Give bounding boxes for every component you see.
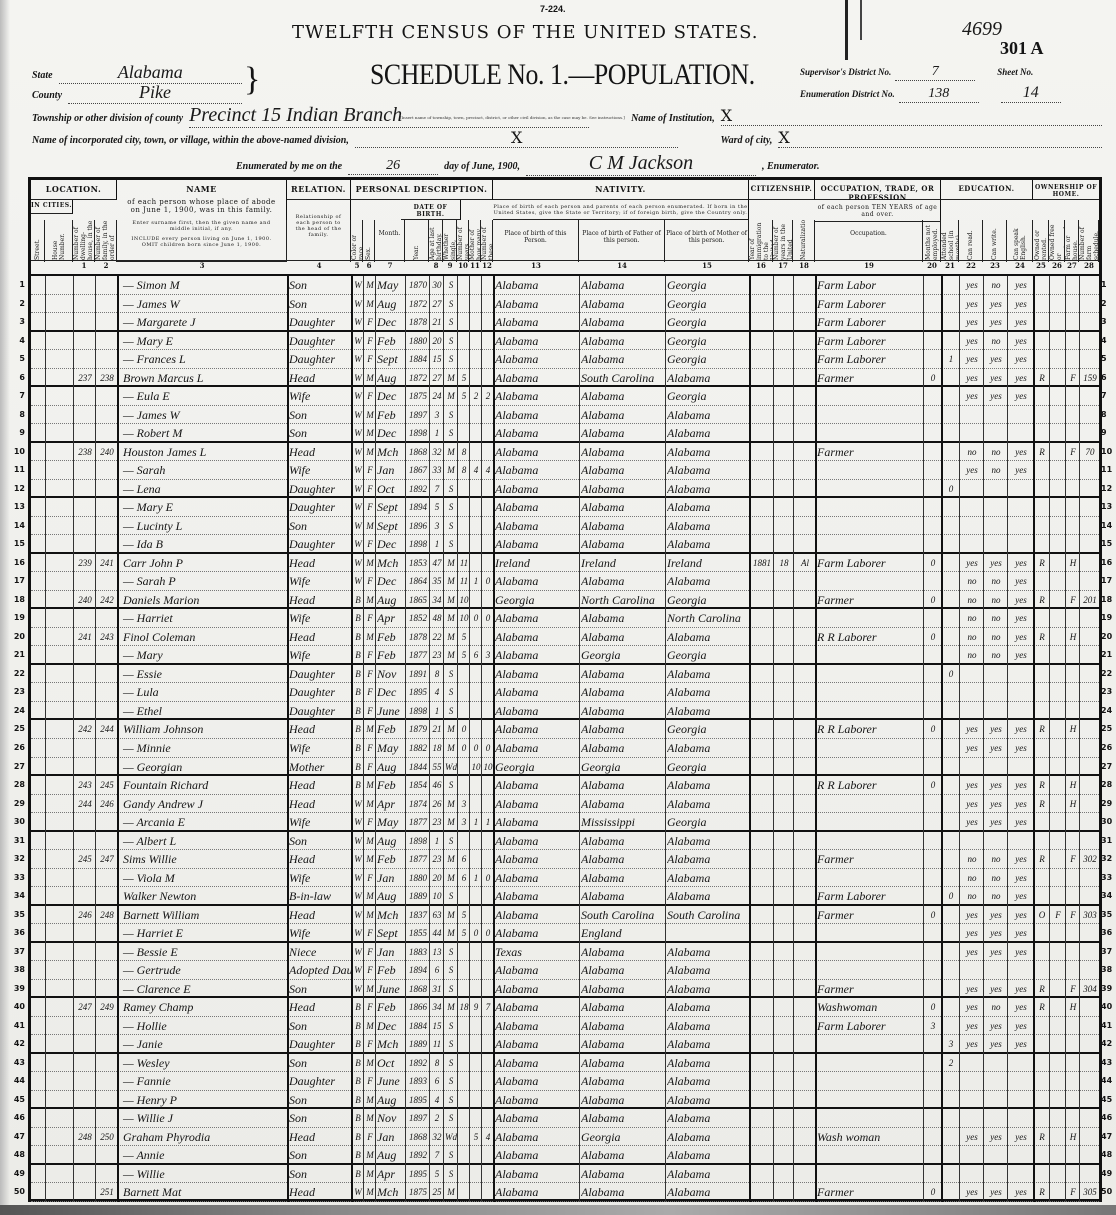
cell-age: 4: [431, 1092, 443, 1109]
line-number: 17: [9, 572, 25, 589]
cell-fb: Alabama: [581, 1166, 665, 1183]
cell-ms: M: [445, 814, 457, 831]
page-edge-shadow: [0, 1205, 1116, 1215]
cell-en: yes: [1009, 351, 1033, 368]
sheet-value: 14: [1001, 84, 1061, 103]
column-label: Number of years in the United States.: [773, 220, 793, 262]
cell-yr: 1867: [407, 462, 429, 479]
stamp-number: 4699: [962, 18, 1002, 41]
cell-rd: yes: [961, 314, 983, 331]
cell-ms: S: [445, 1110, 457, 1127]
cell-rel: Head: [289, 1184, 351, 1201]
city-field: Name of incorporated city, town, or vill…: [32, 128, 1102, 148]
cell-age: 20: [431, 870, 443, 887]
cell-race: W: [353, 462, 363, 479]
cell-yr: 1896: [407, 518, 429, 535]
grid-line: [351, 276, 353, 1202]
cell-mb: Ireland: [667, 555, 749, 572]
cell-fb: Alabama: [581, 481, 665, 498]
supervisor-label: Supervisor's District No.: [800, 67, 891, 77]
cell-ms: M: [445, 740, 457, 757]
cell-name: — Janie: [119, 1036, 287, 1053]
table-row: 1414— Lucinty LSonWMSept18963SAlabamaAla…: [31, 517, 1099, 536]
column-number: 4: [287, 260, 351, 274]
cell-en: yes: [1009, 721, 1033, 738]
cell-en: yes: [1009, 1184, 1033, 1201]
line-number: 22: [1101, 665, 1113, 682]
cell-rd: no: [961, 888, 983, 905]
cell-rd: no: [961, 870, 983, 887]
line-number: 42: [1101, 1035, 1113, 1052]
cell-name: Gandy Andrew J: [119, 796, 287, 813]
table-row: 2525242244William JohnsonHeadBMFeb187921…: [31, 720, 1099, 739]
cell-fam: 249: [97, 999, 117, 1016]
line-number: 50: [9, 1183, 25, 1200]
column-label: Mother of how many children.: [469, 220, 481, 262]
cell-sex: M: [365, 833, 375, 850]
column-number: 15: [665, 260, 749, 274]
cell-en: yes: [1009, 296, 1033, 313]
cell-fb: Alabama: [581, 351, 665, 368]
cell-fh: H: [1067, 555, 1079, 572]
cell-race: B: [353, 1110, 363, 1127]
cell-fb: Alabama: [581, 851, 665, 868]
cell-fb: Alabama: [581, 888, 665, 905]
cell-rel: Head: [289, 444, 351, 461]
line-number: 14: [9, 517, 25, 534]
line-number: 13: [1101, 498, 1113, 515]
cell-ms: S: [445, 1036, 457, 1053]
cell-en: yes: [1009, 999, 1033, 1016]
line-number: 41: [1101, 1017, 1113, 1034]
cell-pb: Alabama: [495, 610, 579, 627]
cell-mne: 0: [925, 555, 941, 572]
cell-name: — Mary E: [119, 499, 287, 516]
cell-cl: 0: [483, 740, 493, 757]
cell-rd: yes: [961, 796, 983, 813]
cell-pb: Alabama: [495, 962, 579, 979]
line-number: 46: [9, 1109, 25, 1126]
cell-wr: yes: [985, 907, 1007, 924]
cell-ms: S: [445, 833, 457, 850]
cell-fb: Alabama: [581, 518, 665, 535]
cell-name: — Lula: [119, 684, 287, 701]
cell-sex: F: [365, 536, 375, 553]
cell-sex: F: [365, 1129, 375, 1146]
cell-mne: 3: [925, 1018, 941, 1035]
cell-wr: yes: [985, 1129, 1007, 1146]
cell-ms: S: [445, 314, 457, 331]
cell-name: — Frances L: [119, 351, 287, 368]
cell-name: — Willie J: [119, 1110, 287, 1127]
cell-ms: M: [445, 610, 457, 627]
cell-mb: Georgia: [667, 314, 749, 331]
grid-line: [793, 276, 794, 1202]
cell-age: 32: [431, 1129, 443, 1146]
cell-ms: S: [445, 499, 457, 516]
cell-pb: Alabama: [495, 481, 579, 498]
cell-ym: 5: [459, 907, 469, 924]
column-label: Year of immigration to the United States…: [749, 220, 773, 262]
cell-yr: 1898: [407, 703, 429, 720]
cell-sex: M: [365, 777, 375, 794]
column-label: Month.: [375, 220, 405, 262]
cell-mo: Dec: [377, 425, 405, 442]
column-label: Whether single, married, widowed, or div…: [443, 220, 457, 262]
cell-mb: Alabama: [667, 1129, 749, 1146]
cell-pb: Alabama: [495, 499, 579, 516]
cell-wr: yes: [985, 944, 1007, 961]
cell-age: 26: [431, 796, 443, 813]
cell-fh: H: [1067, 629, 1079, 646]
sheet-label: Sheet No.: [997, 67, 1033, 77]
cell-mne: 0: [925, 370, 941, 387]
cell-mb: Alabama: [667, 573, 749, 590]
column-label: Can speak English.: [1007, 220, 1033, 262]
cell-age: 13: [431, 944, 443, 961]
cell-age: 55: [431, 759, 443, 776]
cell-mb: Alabama: [667, 462, 749, 479]
grid-line: [469, 276, 470, 1202]
cell-race: B: [353, 1055, 363, 1072]
cell-ms: M: [445, 370, 457, 387]
cell-sch: 0: [943, 888, 959, 905]
cell-rel: Daughter: [289, 684, 351, 701]
cell-mb: Alabama: [667, 684, 749, 701]
cell-en: yes: [1009, 1129, 1033, 1146]
cell-rel: Head: [289, 592, 351, 609]
cell-race: B: [353, 740, 363, 757]
cell-rd: yes: [961, 277, 983, 294]
cell-mo: May: [377, 277, 405, 294]
cell-race: B: [353, 703, 363, 720]
cell-fs: 304: [1081, 981, 1099, 998]
cell-wr: yes: [985, 796, 1007, 813]
cell-pb: Alabama: [495, 647, 579, 664]
cell-race: W: [353, 536, 363, 553]
cell-occ: Farm Laborer: [817, 1018, 923, 1035]
census-title: TWELFTH CENSUS OF THE UNITED STATES.: [292, 22, 759, 43]
cell-ym: 8: [459, 444, 469, 461]
cell-rd: no: [961, 629, 983, 646]
cell-age: 6: [431, 962, 443, 979]
column-label: Attended school (in months).: [941, 220, 959, 262]
cell-rd: yes: [961, 388, 983, 405]
cell-mc: 0: [471, 740, 481, 757]
cell-ms: S: [445, 1055, 457, 1072]
cell-ms: S: [445, 351, 457, 368]
line-number: 30: [1101, 813, 1113, 830]
cell-yr: 1868: [407, 981, 429, 998]
table-row: 4242— JanieDaughterBFMch188911SAlabamaAl…: [31, 1035, 1099, 1054]
cell-yr: 1855: [407, 925, 429, 942]
cell-age: 4: [431, 684, 443, 701]
grid-line: [429, 276, 430, 1202]
cell-mb: Alabama: [667, 666, 749, 683]
cell-race: W: [353, 481, 363, 498]
cell-age: 1: [431, 536, 443, 553]
cell-mo: Nov: [377, 666, 405, 683]
cell-ms: M: [445, 925, 457, 942]
table-row: 1818240242Daniels MarionHeadBMAug186534M…: [31, 591, 1099, 610]
cell-mo: Oct: [377, 1055, 405, 1072]
cell-ms: M: [445, 462, 457, 479]
cell-ms: M: [445, 388, 457, 405]
line-number: 11: [9, 461, 25, 478]
cell-own: R: [1035, 444, 1049, 461]
cell-rel: Son: [289, 981, 351, 998]
cell-yr: 1875: [407, 1184, 429, 1201]
cell-mo: Aug: [377, 370, 405, 387]
line-number: 32: [9, 850, 25, 867]
cell-mb: South Carolina: [667, 907, 749, 924]
cell-occ: Farm Labor: [817, 277, 923, 294]
cell-race: B: [353, 999, 363, 1016]
line-number: 13: [9, 498, 25, 515]
grid-line: [1049, 276, 1050, 1202]
table-row: 22— James WSonWMAug187227SAlabamaAlabama…: [31, 295, 1099, 314]
cell-yrs: 18: [775, 555, 793, 572]
cell-occ: R R Laborer: [817, 721, 923, 738]
cell-ms: S: [445, 277, 457, 294]
cell-age: 1: [431, 703, 443, 720]
cell-name: — Lucinty L: [119, 518, 287, 535]
line-number: 46: [1101, 1109, 1113, 1126]
cell-fb: South Carolina: [581, 370, 665, 387]
cell-ms: M: [445, 796, 457, 813]
cell-ms: M: [445, 555, 457, 572]
line-number: 27: [9, 758, 25, 775]
cell-name: Daniels Marion: [119, 592, 287, 609]
group-nativity: NATIVITY.: [493, 180, 749, 200]
cell-yr: 1880: [407, 333, 429, 350]
cell-mo: Feb: [377, 777, 405, 794]
column-number: 10: [457, 260, 469, 274]
cell-rel: Son: [289, 296, 351, 313]
cell-age: 30: [431, 277, 443, 294]
cell-wr: yes: [985, 925, 1007, 942]
cell-fb: Alabama: [581, 1018, 665, 1035]
cell-cl: 0: [483, 573, 493, 590]
cell-rel: Daughter: [289, 499, 351, 516]
cell-rel: Son: [289, 1110, 351, 1127]
cell-fb: Alabama: [581, 277, 665, 294]
cell-en: yes: [1009, 647, 1033, 664]
cell-fam: 247: [97, 851, 117, 868]
table-row: 2424— EthelDaughterBFJune18981SAlabamaAl…: [31, 702, 1099, 721]
grid-line: [941, 276, 943, 1202]
cell-age: 8: [431, 666, 443, 683]
cell-yr: 1891: [407, 666, 429, 683]
column-label: Owned free or mortgaged.: [1049, 220, 1065, 262]
cell-rel: Wife: [289, 740, 351, 757]
cell-ms: M: [445, 1184, 457, 1201]
cell-mb: Alabama: [667, 851, 749, 868]
line-number: 25: [1101, 720, 1113, 737]
cell-fb: Alabama: [581, 1184, 665, 1201]
column-label: Months not employed.: [923, 220, 941, 262]
cell-fh: H: [1067, 796, 1079, 813]
cell-own: R: [1035, 796, 1049, 813]
column-label: Naturalization.: [793, 220, 815, 262]
cell-mo: Mch: [377, 1036, 405, 1053]
cell-mne: 0: [925, 721, 941, 738]
table-row: 1313— Mary EDaughterWFSept18945SAlabamaA…: [31, 498, 1099, 517]
cell-sex: F: [365, 814, 375, 831]
cell-pb: Alabama: [495, 666, 579, 683]
cell-cl: 0: [483, 610, 493, 627]
cell-name: Ramey Champ: [119, 999, 287, 1016]
cell-age: 11: [431, 1036, 443, 1053]
cell-fam: 243: [97, 629, 117, 646]
ed-value: 138: [899, 86, 979, 103]
group-location: LOCATION.: [31, 180, 117, 200]
cell-mo: May: [377, 740, 405, 757]
line-number: 23: [9, 683, 25, 700]
table-row: 1717— Sarah PWifeWFDec186435M1110Alabama…: [31, 572, 1099, 591]
cell-rd: yes: [961, 777, 983, 794]
cell-mb: Alabama: [667, 833, 749, 850]
cell-pb: Alabama: [495, 629, 579, 646]
column-number: 6: [363, 260, 375, 274]
cell-mc: 4: [471, 462, 481, 479]
table-row: 1111— SarahWifeWFJan186733M844AlabamaAla…: [31, 461, 1099, 480]
table-row: 4444— FannieDaughterBFJune18936SAlabamaA…: [31, 1072, 1099, 1091]
cell-ym: 5: [459, 925, 469, 942]
cell-pb: Alabama: [495, 796, 579, 813]
cell-occ: Farmer: [817, 370, 923, 387]
line-number: 21: [9, 646, 25, 663]
cell-age: 47: [431, 555, 443, 572]
line-number: 49: [9, 1165, 25, 1182]
table-row: 3737— Bessie ENieceWFJan188313STexasAlab…: [31, 943, 1099, 962]
cell-rel: Head: [289, 629, 351, 646]
cell-mb: Georgia: [667, 592, 749, 609]
cell-race: W: [353, 314, 363, 331]
cell-rel: Daughter: [289, 666, 351, 683]
table-row: 1616239241Carr John PHeadWMMch185347M11I…: [31, 554, 1099, 573]
county-label: County: [32, 90, 62, 101]
cell-wr: no: [985, 629, 1007, 646]
cell-age: 3: [431, 518, 443, 535]
cell-yr: 1898: [407, 833, 429, 850]
cell-dw: 238: [75, 444, 95, 461]
cell-rel: Wife: [289, 647, 351, 664]
line-number: 28: [1101, 776, 1113, 793]
cell-fb: Alabama: [581, 796, 665, 813]
cell-pb: Alabama: [495, 1092, 579, 1109]
cell-name: Walker Newton: [119, 888, 287, 905]
line-number: 48: [1101, 1146, 1113, 1163]
cell-en: yes: [1009, 888, 1033, 905]
grid-line: [665, 276, 666, 1202]
line-number: 8: [9, 406, 25, 423]
cell-race: W: [353, 981, 363, 998]
cell-own: R: [1035, 1184, 1049, 1201]
cell-fb: Alabama: [581, 684, 665, 701]
cell-fb: South Carolina: [581, 907, 665, 924]
line-number: 32: [1101, 850, 1113, 867]
table-row: 77— Eula EWifeWFDec187524M522AlabamaAlab…: [31, 387, 1099, 406]
cell-fh: H: [1067, 721, 1079, 738]
line-number: 9: [1101, 424, 1113, 441]
cell-rel: Adopted Daughter: [289, 962, 351, 979]
column-number: 9: [443, 260, 457, 274]
cell-name: Graham Phyrodia: [119, 1129, 287, 1146]
cell-fb: Alabama: [581, 296, 665, 313]
line-number: 41: [9, 1017, 25, 1034]
cell-rel: Daughter: [289, 703, 351, 720]
cell-rel: Daughter: [289, 1036, 351, 1053]
cell-name: — Mary E: [119, 333, 287, 350]
cell-yr: 1877: [407, 814, 429, 831]
cell-race: W: [353, 518, 363, 535]
cell-sex: M: [365, 1184, 375, 1201]
column-label: Number of dwelling-house, in the order o…: [73, 220, 95, 262]
cell-name: — Essie: [119, 666, 287, 683]
cell-ym: 11: [459, 555, 469, 572]
cell-rel: Niece: [289, 944, 351, 961]
line-number: 8: [1101, 406, 1113, 423]
cell-age: 10: [431, 888, 443, 905]
cell-fb: Alabama: [581, 703, 665, 720]
cell-mc: 2: [471, 388, 481, 405]
cell-pb: Alabama: [495, 1166, 579, 1183]
cell-rel: Son: [289, 1055, 351, 1072]
cell-mo: Feb: [377, 851, 405, 868]
cell-en: yes: [1009, 444, 1033, 461]
cell-rel: Son: [289, 518, 351, 535]
cell-fh: F: [1067, 907, 1079, 924]
district-box: Supervisor's District No. 7 Sheet No. En…: [800, 64, 1110, 104]
cell-cl: 10: [483, 759, 493, 776]
cell-pb: Alabama: [495, 536, 579, 553]
cell-mne: 0: [925, 777, 941, 794]
cell-mo: Apr: [377, 1166, 405, 1183]
cell-cl: 0: [483, 870, 493, 887]
table-body: 11— Simon MSonWMMay187030SAlabamaAlabama…: [31, 276, 1099, 1202]
table-row: 3232245247Sims WillieHeadWMFeb187723M6Al…: [31, 850, 1099, 869]
supervisor-row: Supervisor's District No. 7 Sheet No.: [800, 64, 1110, 84]
cell-pb: Alabama: [495, 851, 579, 868]
cell-dw: 242: [75, 721, 95, 738]
line-number: 40: [9, 998, 25, 1015]
cell-mo: June: [377, 1073, 405, 1090]
table-row: 4848— AnnieSonBMAug18927SAlabamaAlabamaA…: [31, 1146, 1099, 1165]
column-number: 19: [815, 260, 923, 274]
line-number: 44: [9, 1072, 25, 1089]
column-label: Number of family, in the order of visita…: [95, 220, 117, 262]
ed-row: Enumeration District No. 138 14: [800, 84, 1110, 104]
cell-rel: Son: [289, 425, 351, 442]
cell-occ: Washwoman: [817, 999, 923, 1016]
line-number: 37: [9, 943, 25, 960]
cell-fb: England: [581, 925, 665, 942]
cell-sch: 0: [943, 666, 959, 683]
line-number: 15: [1101, 535, 1113, 552]
cell-pb: Alabama: [495, 684, 579, 701]
cell-pb: Alabama: [495, 740, 579, 757]
table-row: 33— Margarete JDaughterWFDec187821SAlaba…: [31, 313, 1099, 332]
cell-mc: 10: [471, 759, 481, 776]
cell-fam: 250: [97, 1129, 117, 1146]
column-label: Place of birth of Mother of this person.: [665, 220, 749, 262]
cell-ms: S: [445, 962, 457, 979]
column-label: Street.: [31, 220, 45, 262]
column-number: 22: [959, 260, 983, 274]
enumerated-suffix: day of June, 1900,: [444, 161, 520, 172]
cell-en: yes: [1009, 1036, 1033, 1053]
